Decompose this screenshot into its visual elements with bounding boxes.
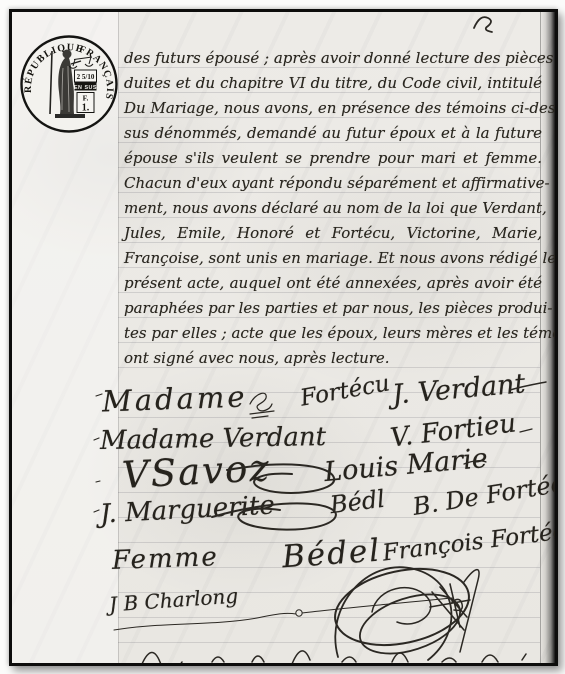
signature-madame: Madame [101,379,248,418]
act-line: duites et du chapitre VI du titre, du Co… [124,71,542,96]
stamp-currency: F. [83,94,89,103]
signature-v-savoz: VSavoz [121,446,272,497]
signature-bedel: Bédel [281,533,383,576]
stamp-surcharge-label: EN SUS [74,85,97,91]
act-line: sus dénommés, demandé au futur époux et … [124,121,542,146]
revenue-stamp: RÉPUBLIQUE FRANÇAISE [19,34,119,134]
act-line: Du Mariage, nous avons, en présence des … [124,96,542,121]
act-text-block: des futurs épousé ; après avoir donné le… [124,46,542,371]
top-right-pen-squiggle [474,17,492,32]
act-line: tes par elles ; acte que les époux, leur… [124,321,542,346]
act-line: présent acte, auquel ont été annexées, a… [124,271,542,296]
scanned-document: RÉPUBLIQUE FRANÇAISE [0,0,565,674]
act-line: ont signé avec nous, après lecture. [124,346,542,371]
act-line: paraphées par les parties et par nous, l… [124,296,542,321]
act-line: Françoise, sont unis en mariage. Et nous… [124,246,542,271]
stamp-surcharge-value: 2 5/10 [77,73,95,81]
act-line: Chacun d'eux ayant répondu séparément et… [124,171,542,196]
partial-cutoff-line [142,651,526,663]
act-line: épouse s'ils veulent se prendre pour mar… [124,146,542,171]
register-page: RÉPUBLIQUE FRANÇAISE [9,9,558,666]
stamp-face-value: 1. [82,103,90,114]
signature-femme: Femme [112,542,220,576]
act-line: Jules, Emile, Honoré et Fortécu, Victori… [124,221,542,246]
act-line: ment, nous avons déclaré au nom de la lo… [124,196,542,221]
act-line: des futurs épousé ; après avoir donné le… [124,46,542,71]
